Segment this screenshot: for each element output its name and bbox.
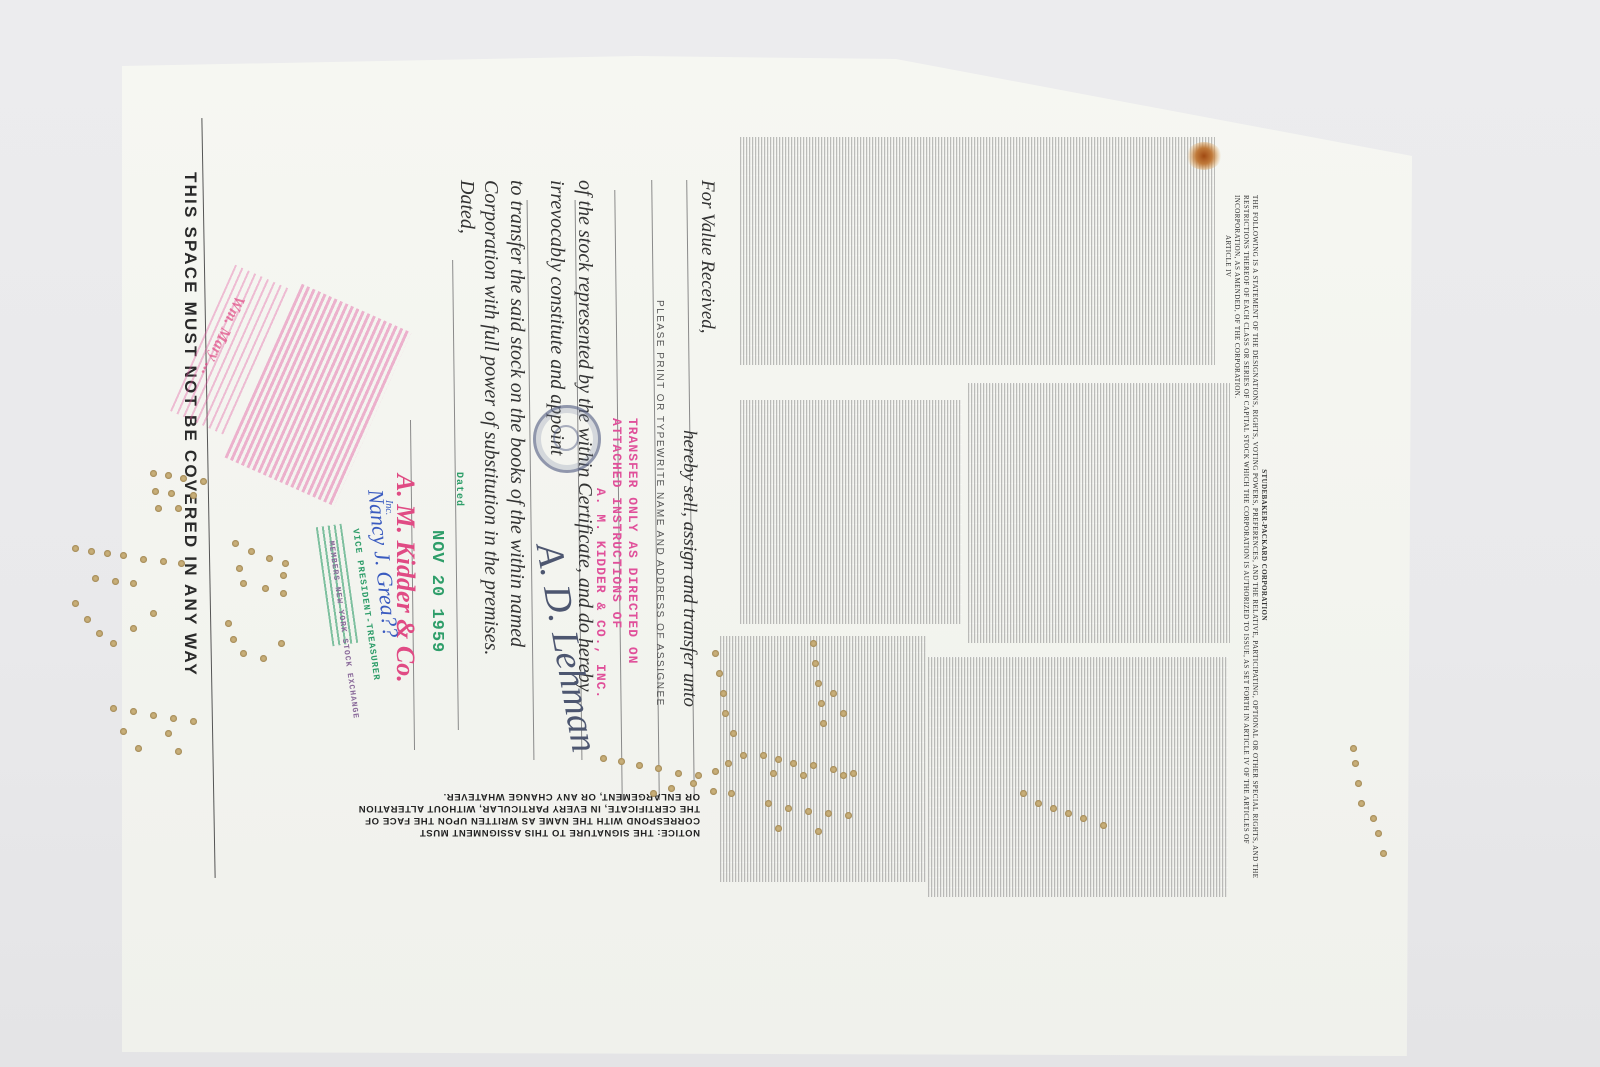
perforation-hole [168,490,175,497]
perforation-hole [730,730,737,737]
notice-line-2: CORRESPOND WITH THE NAME AS WRITTEN UPON… [358,814,700,826]
print-name-label: PLEASE PRINT OR TYPEWRITE NAME AND ADDRE… [654,300,665,707]
perforation-hole [805,808,812,815]
perforation-hole [850,770,857,777]
perforation-hole [1020,790,1027,797]
perforation-hole [280,572,287,579]
notice-line-4: OR ENLARGEMENT, OR ANY CHANGE WHATEVER. [358,790,700,802]
perforation-hole [260,655,267,662]
perforation-hole [825,810,832,817]
perforation-hole [190,718,197,725]
perforation-hole [600,755,607,762]
perforation-hole [770,770,777,777]
perforation-hole [130,580,137,587]
date-stamp: NOV 20 1959 [427,530,446,653]
perforation-hole [760,752,767,759]
transfer-line-3: A. M. KIDDER & CO., INC. [592,418,608,699]
perforation-hole [160,558,167,565]
perforation-hole [1035,800,1042,807]
perforation-hole [1358,800,1365,807]
perforation-hole [165,472,172,479]
perforation-hole [110,705,117,712]
perforation-hole [720,690,727,697]
perforation-hole [818,700,825,707]
perforation-hole [810,640,817,647]
perforation-hole [178,560,185,567]
statement-text: THE FOLLOWING IS A STATEMENT OF THE DESI… [1232,195,1259,895]
notice-line-1: NOTICE: THE SIGNATURE TO THIS ASSIGNMENT… [358,826,700,838]
perforation-hole [728,790,735,797]
perforation-hole [800,772,807,779]
perforation-hole [722,710,729,717]
perforation-hole [96,630,103,637]
perforation-hole [1370,815,1377,822]
perforation-hole [190,492,197,499]
perforation-hole [280,590,287,597]
corporation-text: Corporation with full power of substitut… [479,180,502,655]
perforation-hole [240,650,247,657]
perforation-hole [140,556,147,563]
perforation-hole [150,712,157,719]
perforation-hole [740,752,747,759]
perforation-hole [765,800,772,807]
perforation-hole [120,552,127,559]
perforation-hole [236,565,243,572]
perforation-hole [830,766,837,773]
transfer-instruction-stamp: TRANSFER ONLY AS DIRECTED ON ATTACHED IN… [592,418,640,699]
margin-notice: THIS SPACE MUST NOT BE COVERED IN ANY WA… [180,172,200,677]
perforation-hole [1355,780,1362,787]
perforation-hole [840,710,847,717]
perforation-hole [725,760,732,767]
perforation-hole [1065,810,1072,817]
perforation-hole [225,620,232,627]
perforation-hole [180,475,187,482]
perforation-hole [812,660,819,667]
perforation-hole [695,772,702,779]
perforation-hole [130,708,137,715]
rust-stain [1186,142,1222,170]
transfer-line-2: ATTACHED INSTRUCTIONS OF [608,418,624,699]
perforation-hole [675,770,682,777]
perforation-hole [790,760,797,767]
perforation-hole [712,650,719,657]
corporate-seal [533,405,601,473]
perforation-hole [230,636,237,643]
perforation-hole [636,762,643,769]
fine-print-column-2a [740,400,962,624]
perforation-hole [278,640,285,647]
perforation-hole [110,640,117,647]
perforation-hole [112,578,119,585]
fine-print-column-2b [968,383,1230,643]
perforation-hole [845,812,852,819]
perforation-hole [655,765,662,772]
perforation-hole [650,790,657,797]
fine-print-column-1 [740,137,1215,365]
perforation-hole [815,680,822,687]
perforation-hole [135,745,142,752]
perforation-hole [775,756,782,763]
statement-header: STUDEBAKER-PACKARD CORPORATION THE FOLLO… [1223,195,1268,895]
perforation-hole [130,625,137,632]
perforation-hole [775,825,782,832]
notice-line-3: THE CERTIFICATE, IN EVERY PARTICULAR, WI… [358,802,700,814]
perforation-hole [1350,745,1357,752]
dated-stamp-label: Dated [453,472,464,507]
perforation-hole [72,600,79,607]
signature-notice: NOTICE: THE SIGNATURE TO THIS ASSIGNMENT… [358,790,700,838]
perforation-hole [1080,815,1087,822]
perforation-hole [248,548,255,555]
perforation-hole [150,610,157,617]
transfer-text: to transfer the said stock on the books … [505,180,528,647]
perforation-hole [1352,760,1359,767]
perforation-hole [710,788,717,795]
perforation-hole [1375,830,1382,837]
perforation-hole [262,585,269,592]
perforation-hole [815,828,822,835]
perforation-hole [668,785,675,792]
perforation-hole [150,470,157,477]
perforation-hole [152,488,159,495]
perforation-hole [104,550,111,557]
perforation-hole [92,575,99,582]
perforation-hole [72,545,79,552]
perforation-hole [1380,850,1387,857]
fine-print-column-3b [928,657,1228,897]
perforation-hole [810,762,817,769]
article-label: ARTICLE IV [1223,195,1232,895]
perforation-hole [618,758,625,765]
perforation-hole [170,715,177,722]
perforation-hole [716,670,723,677]
perforation-hole [155,505,162,512]
corporation-name: STUDEBAKER-PACKARD CORPORATION [1259,195,1268,895]
perforation-hole [840,772,847,779]
perforation-hole [1100,822,1107,829]
perforation-hole [200,478,207,485]
perforation-hole [175,505,182,512]
perforation-hole [240,580,247,587]
perforation-hole [712,768,719,775]
for-value-received: For Value Received, [696,180,718,334]
perforation-hole [820,720,827,727]
perforation-hole [120,728,127,735]
perforation-hole [785,805,792,812]
perforation-hole [232,540,239,547]
perforation-hole [84,616,91,623]
perforation-hole [175,748,182,755]
hereby-sell-text: hereby sell, assign and transfer unto [678,430,700,707]
perforation-hole [282,560,289,567]
perforation-hole [266,555,273,562]
transfer-line-1: TRANSFER ONLY AS DIRECTED ON [624,418,640,699]
perforation-hole [830,690,837,697]
perforation-hole [1050,805,1057,812]
perforation-hole [690,780,697,787]
dated-label: Dated, [455,180,478,234]
fine-print-column-3a [720,636,926,882]
perforation-hole [165,730,172,737]
perforation-hole [88,548,95,555]
